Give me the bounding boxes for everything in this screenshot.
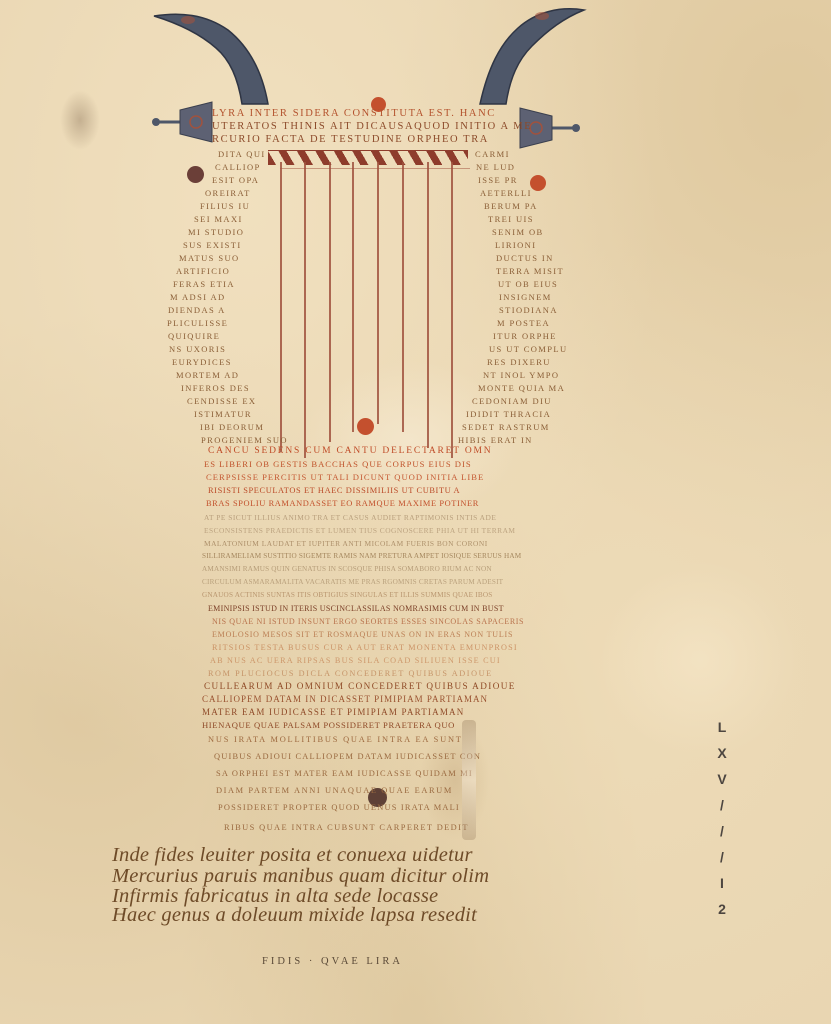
lyre-string [329,162,331,442]
arm-line: itur orphe [493,330,557,343]
arm-line: esit opa [212,174,259,187]
body-line: mater eam iudicasse et pimipiam partiama… [202,707,464,718]
manuscript-page: Lyra inter sidera constituta est. Hanc u… [0,0,831,1024]
arm-line: calliop [215,161,261,174]
figure-caption: FIDIS · QVAE LIRA [262,956,403,967]
arm-line: dita qui [218,148,266,161]
verse-line: Inde fides leuiter posita et conuexa uid… [112,845,473,865]
lyre-string [304,162,306,458]
arm-line: res dixeru [487,356,551,369]
lyre-string [280,162,282,452]
arm-line: ne lud [476,161,515,174]
body-line: quibus adioui calliopem datam iudicasset… [214,751,481,762]
verse-line: Infirmis fabricatus in alta sede locasse [112,886,438,906]
arm-line: mi studio [188,226,244,239]
arm-line: nt inol ympo [483,369,559,382]
lyre-inner-crossline [280,168,470,169]
folio-glyph: X [712,740,732,766]
folio-glyph: / [712,792,732,818]
body-line: ab nus ac uera ripsas bus sila coad sili… [210,655,501,666]
arm-line: progeniem suo [201,434,288,447]
verse-line: Mercurius paruis manibus quam dicitur ol… [112,866,489,886]
body-line-faint: esconsistens praedictis et lumen tius co… [204,525,515,536]
parchment-damage [462,720,476,840]
folio-glyph: / [712,844,732,870]
lyre-string [427,162,429,448]
arm-line: insignem [499,291,552,304]
arm-line: stiodiana [499,304,558,317]
body-line-faint: gnauos actinis suntas itis obtigius sing… [202,590,492,601]
body-line: nis quae ni istud insunt ergo seortes es… [212,616,524,627]
arm-line: isse pr [478,174,518,187]
body-line: ribus quae intra cubsunt carperet dedit [224,822,469,833]
red-dot-ornament [530,175,546,191]
arm-line: terra misit [496,265,564,278]
arm-line: cedoniam diu [472,395,552,408]
arm-line: mortem ad [176,369,239,382]
arm-line: lirioni [495,239,536,252]
body-line: sa orphei est mater eam iudicasse quidam… [216,768,473,779]
body-line: nus irata mollitibus quae intra ea sunt [208,734,463,745]
arm-line: ididit thracia [466,408,551,421]
arm-line: us ut complu [489,343,568,356]
body-line-faint: malatonium laudat et iupiter anti micola… [204,538,488,549]
arm-line: ductus in [496,252,554,265]
arm-line: filius iu [200,200,250,213]
body-line: ritsios testa busus cur a aut erat monen… [212,642,518,653]
arm-line: feras etia [173,278,235,291]
arm-line: m postea [497,317,550,330]
arm-line: oreirat [205,187,251,200]
lyre-title-line: Lyra inter sidera constituta est. Hanc [212,107,530,120]
lyre-yoke [268,150,468,165]
body-line-faint: at pe sicut illius animo tra et casus au… [204,512,496,523]
arm-line: istimatur [194,408,252,421]
arm-line: hibis erat in [458,434,533,447]
body-line: possideret propter quod uenus irata mali [218,802,460,813]
arm-line: ns uxoris [169,343,226,356]
body-line: hienaque quae palsam possideret praetera… [202,720,455,731]
body-line-faint: amansimi ramus quin genatus in scosque p… [202,564,492,575]
lyre-string [377,162,379,424]
body-line-red: es liberi ob gestis bacchas que corpus e… [204,459,472,470]
folio-glyph: L [712,714,732,740]
arm-line: senim ob [492,226,544,239]
arm-line: artificio [176,265,230,278]
arm-line: berum pa [484,200,538,213]
arm-line: matus suo [179,252,240,265]
body-line-faint: circulum asmaramalita vacaratis me pras … [202,577,503,588]
arm-line: trei uis [488,213,534,226]
lyre-title-line: rcurio facta de testudine Orpheo tra [212,133,530,146]
body-line-red: bras spoliu ramandasset eo ramque maxime… [206,498,479,509]
lyre-string [352,162,354,432]
arm-line: ut ob eius [498,278,558,291]
body-line: emolosio mesos sit et rosmaque unas on i… [212,629,513,640]
parchment-stain [600,560,800,760]
body-line: diam partem anni unaquae quae earum [216,785,453,796]
arm-line: aeterlli [480,187,532,200]
body-line-red: cerpsisse percitis ut tali dicunt quod i… [206,472,484,483]
body-line-red: cancu sedens cum cantu delectaret omn [208,446,492,457]
left-horn-icon [150,8,280,108]
folio-glyph: V [712,766,732,792]
lyre-title-line: uteratos thinis ait dicausaquod initio a… [212,120,530,133]
arm-line: ibi deorum [200,421,264,434]
body-line: calliopem datam in dicasset pimipiam par… [202,694,488,705]
arm-line: monte quia ma [478,382,565,395]
verse-line: Haec genus a doleuum mixide lapsa resedi… [112,905,477,925]
body-line: eminipsis istud in iteris uscinclassilas… [208,603,504,614]
arm-line: eurydices [172,356,232,369]
arm-line: sus existi [183,239,242,252]
lyre-string [402,162,404,432]
arm-line: cendisse ex [187,395,256,408]
margin-folio-number: L X V / / / I 2 [712,714,732,922]
folio-glyph: I [712,870,732,896]
body-line: cullearum ad omnium concederet quibus ad… [204,681,516,692]
body-line-faint: sillirameliam sustitio sigemte ramis nam… [202,551,521,562]
arm-line: diendas a [168,304,226,317]
folio-glyph: 2 [712,896,732,922]
arm-line: carmi [475,148,510,161]
folio-glyph: / [712,818,732,844]
arm-line: sei maxi [194,213,243,226]
dark-dot-ornament [187,166,204,183]
body-line-red: risisti speculatos et haec dissimiliis u… [208,485,460,496]
arm-line: pliculisse [167,317,228,330]
left-crossbar-knob-icon [150,100,216,148]
arm-line: sedet rastrum [462,421,550,434]
red-dot-ornament [357,418,374,435]
arm-line: m adsi ad [170,291,226,304]
body-line: rom pluciocus dicla concederet quibus ad… [208,668,493,679]
parchment-stain [60,90,100,150]
lyre-string [451,162,453,458]
right-horn-icon [460,2,590,108]
arm-line: inferos des [181,382,250,395]
arm-line: quiquire [168,330,220,343]
